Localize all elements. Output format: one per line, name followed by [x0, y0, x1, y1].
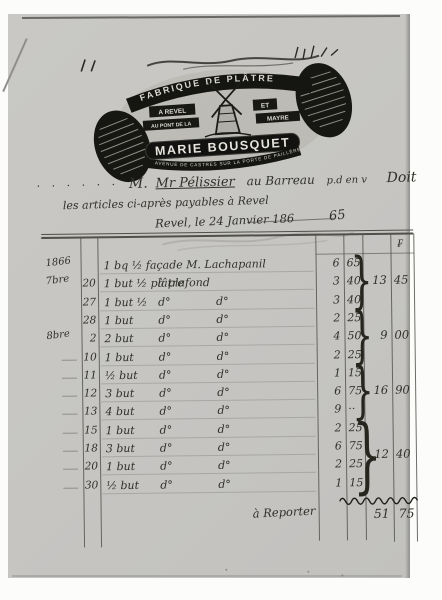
- paper-page: FABRIQUE DE PLÂTRE A REVEL AU PONT DE: [8, 14, 410, 578]
- francs-cell: 1: [317, 366, 341, 379]
- quantity-description-cell: ½ but: [105, 369, 138, 382]
- ditto-cell-2: d°: [218, 422, 231, 435]
- group-total-centimes: 00: [394, 328, 414, 342]
- day-cell: 18: [80, 442, 98, 454]
- ditto-cell-1: à plafond: [158, 276, 210, 290]
- francs-cell: 2: [318, 458, 342, 471]
- day-cell: 20: [78, 278, 96, 290]
- francs-cell: 6: [316, 256, 340, 269]
- ditto-cell-2: d°: [217, 349, 230, 362]
- quantity-description-cell: 3 but: [105, 387, 134, 400]
- francs-cell: 6: [318, 439, 342, 452]
- ditto-cell-1: d°: [158, 295, 171, 308]
- francs-cell: 3: [316, 293, 340, 306]
- row-guide-dash: [62, 396, 77, 397]
- row-guide-dash: [63, 451, 78, 452]
- ditto-cell-2: d°: [216, 294, 229, 307]
- quantity-description-cell: 1 but ½: [104, 295, 147, 309]
- day-cell: 11: [79, 369, 97, 381]
- ditto-cell-1: d°: [158, 332, 171, 345]
- page-content: FABRIQUE DE PLÂTRE A REVEL AU PONT DE: [5, 12, 414, 581]
- group-total-francs: 9: [364, 328, 387, 342]
- day-cell: 2: [78, 333, 96, 345]
- ditto-cell-2: d°: [217, 368, 230, 381]
- ditto-cell-2: d°: [216, 313, 229, 326]
- month-margin-label: 8bre: [46, 329, 71, 343]
- row-guide-dash: [63, 469, 78, 470]
- francs-cell: 1: [318, 476, 342, 489]
- group-total-francs: 12: [366, 447, 389, 461]
- total-francs: 51: [367, 506, 390, 521]
- day-cell: 20: [80, 461, 98, 473]
- ditto-cell-2: d°: [216, 331, 229, 344]
- quantity-description-cell: 1 but: [106, 424, 135, 437]
- row-guide-dash: [62, 359, 77, 360]
- total-centimes: 75: [399, 506, 415, 521]
- quantity-description-cell: 1 but: [106, 460, 135, 473]
- francs-cell: 2: [318, 421, 342, 434]
- ditto-cell-1: d°: [158, 313, 171, 326]
- ditto-cell-2: d°: [217, 404, 230, 417]
- quantity-description-cell: ½ but: [106, 478, 139, 491]
- month-margin-label: 1866: [45, 255, 72, 269]
- quantity-description-cell: 1 but: [104, 314, 133, 327]
- row-guide-dash: [62, 377, 77, 378]
- quantity-description-cell: 4 but: [105, 405, 134, 418]
- ditto-cell-1: d°: [159, 405, 172, 418]
- ditto-cell-2: d°: [217, 386, 230, 399]
- francs-cell: 2: [317, 348, 341, 361]
- ditto-cell-2: d°: [218, 477, 231, 490]
- group-total-centimes: 45: [394, 273, 414, 287]
- ditto-cell-1: d°: [160, 423, 173, 436]
- francs-cell: 4: [316, 330, 340, 343]
- day-cell: 15: [80, 424, 98, 436]
- ditto-cell-1: d°: [160, 441, 173, 454]
- row-guide-dash: [63, 432, 78, 433]
- day-cell: 12: [79, 387, 97, 399]
- group-total-centimes: 40: [396, 447, 416, 461]
- ditto-cell-1: d°: [159, 387, 172, 400]
- ditto-cell-2: d°: [218, 459, 231, 472]
- ditto-cell-2: d°: [218, 441, 231, 454]
- total-squiggle: [339, 494, 419, 505]
- group-total-francs: 16: [365, 383, 388, 397]
- day-cell: 10: [79, 351, 97, 363]
- scanned-invoice: FABRIQUE DE PLÂTRE A REVEL AU PONT DE: [0, 0, 442, 600]
- row-guide-dash: [62, 414, 77, 415]
- month-margin-label: 7bre: [45, 274, 70, 288]
- francs-cell: 2: [316, 311, 340, 324]
- quantity-description-cell: 1 bq ½ façade M. Lachapanil: [104, 257, 266, 272]
- group-total-centimes: 90: [395, 383, 415, 397]
- quantity-description-cell: 1 but: [105, 350, 134, 363]
- group-total-francs: 13: [364, 273, 387, 287]
- francs-cell: 6: [317, 384, 341, 397]
- carry-label: à Reporter: [252, 504, 315, 521]
- quantity-description-cell: 2 but: [104, 332, 133, 345]
- ditto-cell-1: d°: [160, 478, 173, 491]
- ditto-cell-1: d°: [160, 460, 173, 473]
- ditto-cell-1: d°: [159, 368, 172, 381]
- francs-cell: 3: [316, 275, 340, 288]
- day-cell: 27: [78, 296, 96, 308]
- day-cell: 13: [79, 406, 97, 418]
- row-guide-dash: [63, 487, 78, 488]
- day-cell: 28: [78, 314, 96, 326]
- francs-cell: 9: [317, 403, 341, 416]
- ditto-cell-1: d°: [159, 350, 172, 363]
- day-cell: 30: [80, 479, 98, 491]
- quantity-description-cell: 3 but: [106, 442, 135, 455]
